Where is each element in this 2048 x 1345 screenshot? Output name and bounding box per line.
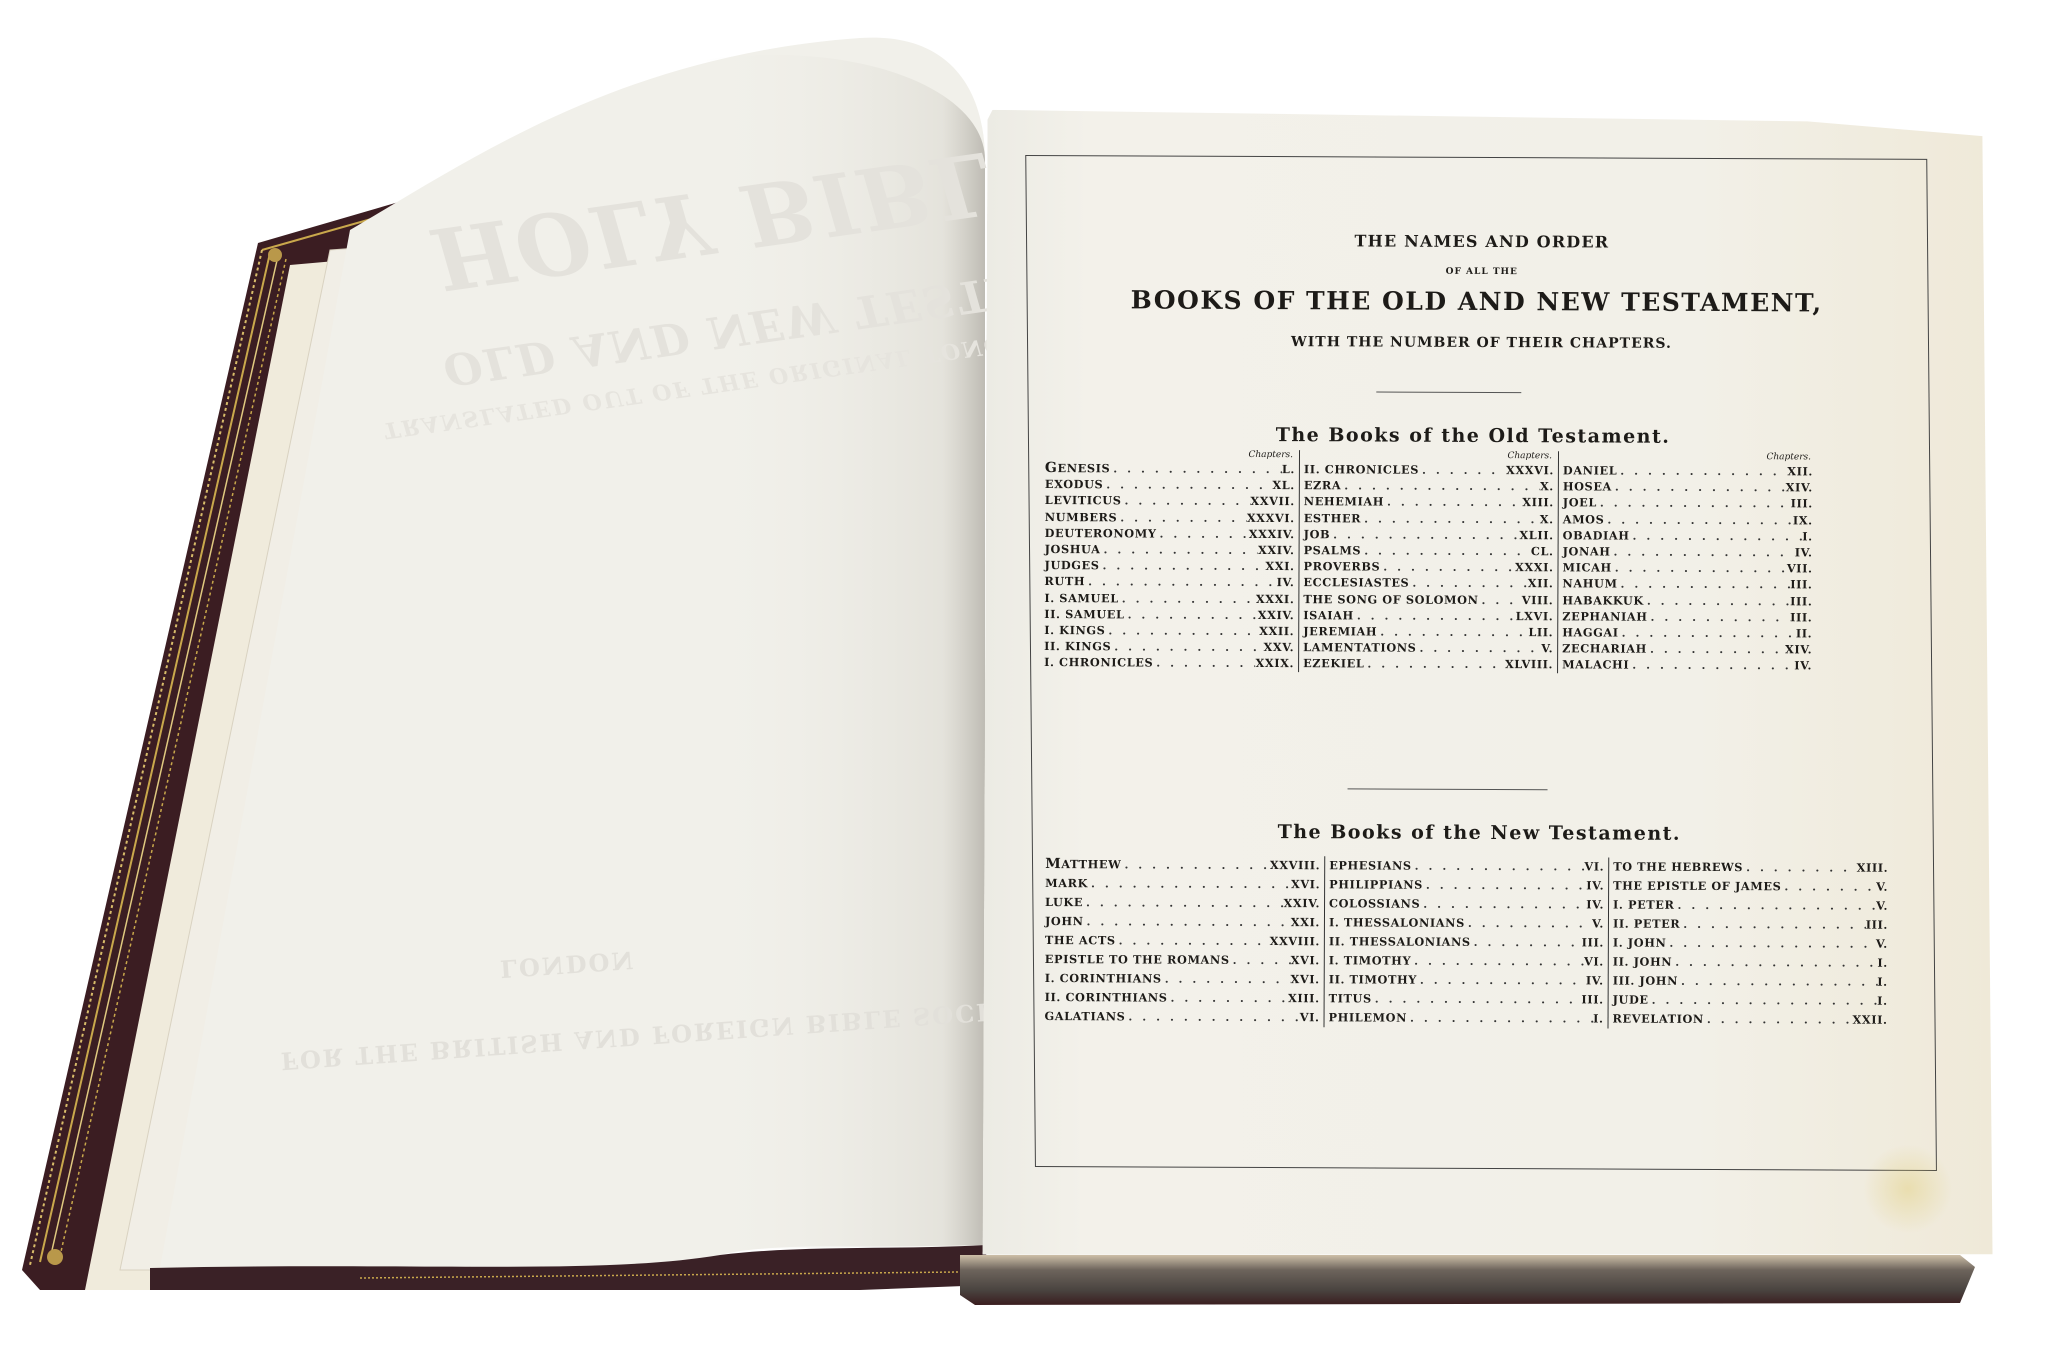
book-row: THE ACTSXXVIII. [1045, 931, 1320, 951]
book-row: MATTHEWXXVIII. [1045, 855, 1320, 875]
book-row: HAGGAIII. [1562, 624, 1812, 641]
book-row: JUDGESXXI. [1044, 557, 1294, 574]
book-row: ESTHERX. [1304, 510, 1554, 527]
bleed-through-title: HOLY BIBLE [419, 122, 1075, 308]
book-row: RUTHIV. [1044, 573, 1294, 590]
new-testament-columns: MATTHEWXXVIII. MARKXVI. LUKEXXIV. JOHNXX… [1041, 855, 1893, 1030]
book-row: EPISTLE TO THE ROMANSXVI. [1045, 950, 1320, 970]
book-row: JOBXLII. [1304, 526, 1554, 543]
book-row: I. CHRONICLESXXIX. [1044, 654, 1294, 671]
book-row: HOSEAXIV. [1563, 479, 1813, 496]
book-row: ISAIAHLXVI. [1303, 607, 1553, 624]
book-row: JOSHUAXXIV. [1045, 541, 1295, 558]
book-row: II. JOHNI. [1613, 953, 1888, 973]
book-row: EPHESIANSVI. [1329, 856, 1604, 876]
book-row: GALATIANSVI. [1045, 1007, 1320, 1027]
book-row: OBADIAHI. [1563, 527, 1813, 544]
book-row: NUMBERSXXXVI. [1045, 509, 1295, 526]
old-testament-title: The Books of the Old Testament. [1023, 423, 1923, 449]
book-row: PROVERBSXXXI. [1303, 558, 1553, 575]
book-row: NEHEMIAHXIII. [1304, 494, 1554, 511]
book-row: II. CHRONICLESXXXVI. [1304, 461, 1554, 478]
book-row: III. JOHNI. [1613, 972, 1888, 992]
book-row: PHILEMONI. [1329, 1008, 1604, 1028]
book-row: HABAKKUKIII. [1562, 592, 1812, 609]
book-row: I. JOHNV. [1613, 934, 1888, 954]
book-row: ECCLESIASTESXII. [1303, 575, 1553, 592]
book-row: I. TIMOTHYVI. [1329, 951, 1604, 971]
book-row: EZEKIELXLVIII. [1303, 656, 1553, 673]
book-row: II. PETERIII. [1613, 915, 1888, 935]
book-row: JOHNXXI. [1045, 912, 1320, 932]
right-page: THE NAMES AND ORDER OF ALL THE BOOKS OF … [983, 110, 1998, 1259]
book-row: NAHUMIII. [1562, 576, 1812, 593]
new-testament-title: The Books of the New Testament. [1029, 820, 1929, 846]
paper-stain [1863, 1144, 1953, 1234]
book-row: EXODUSXL. [1045, 476, 1295, 493]
ot-column-3: Chapters. DANIELXII. HOSEAXIV. JOELIII. … [1557, 451, 1817, 674]
book-row: II. TIMOTHYIV. [1329, 970, 1604, 990]
book-row: MALACHIIV. [1562, 657, 1812, 674]
bleed-through-publisher: LONDON [499, 945, 636, 983]
book-row: EZRAX. [1304, 477, 1554, 494]
nt-column-2: EPHESIANSVI. PHILIPPIANSIV. COLOSSIANSIV… [1324, 856, 1609, 1028]
heading-books-main: BOOKS OF THE OLD AND NEW TESTAMENT, [1067, 285, 1887, 318]
book-row: II. CORINTHIANSXIII. [1045, 988, 1320, 1008]
book-row: THE EPISTLE OF JAMESV. [1613, 877, 1888, 897]
book-row: LEVITICUSXXVII. [1045, 492, 1295, 509]
page-block-edge [960, 1255, 2000, 1305]
book-row: REVELATIONXXII. [1613, 1010, 1888, 1030]
book-row: II. SAMUELXXIV. [1044, 606, 1294, 623]
book-row: I. SAMUELXXXI. [1044, 590, 1294, 607]
book-row: II. KINGSXXV. [1044, 638, 1294, 655]
book-row: I. THESSALONIANSV. [1329, 913, 1604, 933]
book-row: DANIELXII. [1563, 462, 1813, 479]
book-row: ZECHARIAHXIV. [1562, 641, 1812, 658]
book-row: PSALMSCL. [1304, 542, 1554, 559]
book-row: JUDEI. [1613, 991, 1888, 1011]
old-testament-columns: Chapters. GENESISL. EXODUSXL. LEVITICUSX… [1040, 449, 1817, 674]
ot-column-1: Chapters. GENESISL. EXODUSXL. LEVITICUSX… [1040, 449, 1299, 672]
nt-column-3: TO THE HEBREWSXIII. THE EPISTLE OF JAMES… [1608, 858, 1893, 1030]
book-row: GENESISL. [1045, 460, 1295, 477]
book-row: LAMENTATIONSV. [1303, 639, 1553, 656]
book-row: MICAHVII. [1562, 560, 1812, 577]
book-row: COLOSSIANSIV. [1329, 894, 1604, 914]
book-row: I. KINGSXXII. [1044, 622, 1294, 639]
book-row: JEREMIAHLII. [1303, 623, 1553, 640]
book-row: PHILIPPIANSIV. [1329, 875, 1604, 895]
bleed-through-line: TRANSLATED OUT OF THE ORIGINAL TONGUES [380, 323, 1065, 444]
book-row: I. PETERV. [1613, 896, 1888, 916]
bleed-through-publisher-line: FOR THE BRITISH AND FOREIGN BIBLE SOCIET… [280, 993, 1050, 1076]
book-row: AMOSIX. [1563, 511, 1813, 528]
book-row: TITUSIII. [1329, 989, 1604, 1009]
nt-column-1: MATTHEWXXVIII. MARKXVI. LUKEXXIV. JOHNXX… [1041, 855, 1325, 1027]
book-row: THE SONG OF SOLOMONVIII. [1303, 591, 1553, 608]
book-row: LUKEXXIV. [1045, 893, 1320, 913]
ot-column-2: Chapters. II. CHRONICLESXXXVI. EZRAX. NE… [1298, 450, 1558, 673]
book-row: DEUTERONOMYXXXIV. [1045, 525, 1295, 542]
book-row: I. CORINTHIANSXVI. [1045, 969, 1320, 989]
book-row: ZEPHANIAHIII. [1562, 608, 1812, 625]
book-row: JOELIII. [1563, 495, 1813, 512]
book-row: JONAHIV. [1563, 543, 1813, 560]
book-row: II. THESSALONIANSIII. [1329, 932, 1604, 952]
heading-names-and-order: THE NAMES AND ORDER [1032, 230, 1932, 253]
book-row: TO THE HEBREWSXIII. [1613, 858, 1888, 878]
book-row: MARKXVI. [1045, 874, 1320, 894]
